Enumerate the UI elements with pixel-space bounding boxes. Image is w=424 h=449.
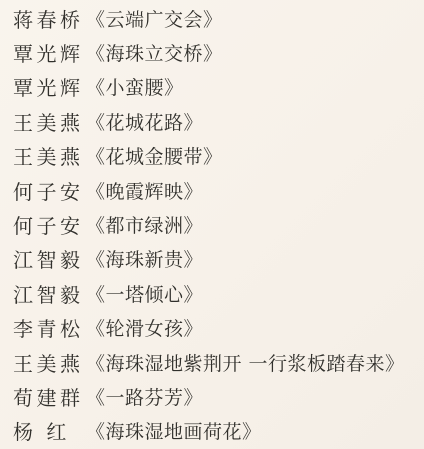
list-item: 何子安 《都市绿洲》 (13, 207, 424, 241)
author-name: 王美燕 (13, 348, 86, 377)
work-title: 《海珠湿地紫荆开 一行浆板踏春来》 (86, 349, 405, 376)
list-item: 荀建群 《一路芬芳》 (13, 379, 424, 413)
list-item: 王美燕 《海珠湿地紫荆开 一行浆板踏春来》 (13, 345, 424, 379)
author-name: 江智毅 (13, 244, 86, 273)
author-name: 江智毅 (13, 279, 86, 308)
list-item: 王美燕 《花城花路》 (13, 104, 424, 138)
list-item: 覃光辉 《小蛮腰》 (13, 70, 424, 104)
author-name: 蒋春桥 (13, 4, 86, 33)
list-item: 何子安 《晚霞辉映》 (13, 173, 424, 207)
work-title: 《云端广交会》 (86, 5, 223, 32)
work-title: 《一路芬芳》 (86, 383, 203, 410)
work-title: 《海珠立交桥》 (86, 39, 223, 66)
works-list: 蒋春桥 《云端广交会》 覃光辉 《海珠立交桥》 覃光辉 《小蛮腰》 王美燕 《花… (0, 0, 424, 449)
list-item: 李青松 《轮滑女孩》 (13, 311, 424, 345)
list-item: 江智毅 《海珠新贵》 (13, 242, 424, 276)
author-name: 王美燕 (13, 141, 86, 170)
list-item: 王美燕 《花城金腰带》 (13, 139, 424, 173)
author-name: 何子安 (13, 210, 86, 239)
list-item: 杨 红 《海珠湿地画荷花》 (13, 414, 424, 448)
author-name: 王美燕 (13, 107, 86, 136)
work-title: 《小蛮腰》 (86, 73, 184, 100)
author-name: 荀建群 (13, 382, 86, 411)
author-name: 何子安 (13, 176, 86, 205)
work-title: 《都市绿洲》 (86, 211, 203, 238)
list-item: 江智毅 《一塔倾心》 (13, 276, 424, 310)
author-name: 杨 红 (13, 416, 86, 445)
work-title: 《一塔倾心》 (86, 280, 203, 307)
list-item: 蒋春桥 《云端广交会》 (13, 1, 424, 35)
author-name: 覃光辉 (13, 72, 86, 101)
work-title: 《轮滑女孩》 (86, 314, 203, 341)
work-title: 《海珠新贵》 (86, 245, 203, 272)
work-title: 《晚霞辉映》 (86, 177, 203, 204)
work-title: 《花城花路》 (86, 108, 203, 135)
work-title: 《海珠湿地画荷花》 (86, 417, 262, 444)
author-name: 李青松 (13, 313, 86, 342)
work-title: 《花城金腰带》 (86, 142, 223, 169)
author-name: 覃光辉 (13, 38, 86, 67)
list-item: 覃光辉 《海珠立交桥》 (13, 35, 424, 69)
